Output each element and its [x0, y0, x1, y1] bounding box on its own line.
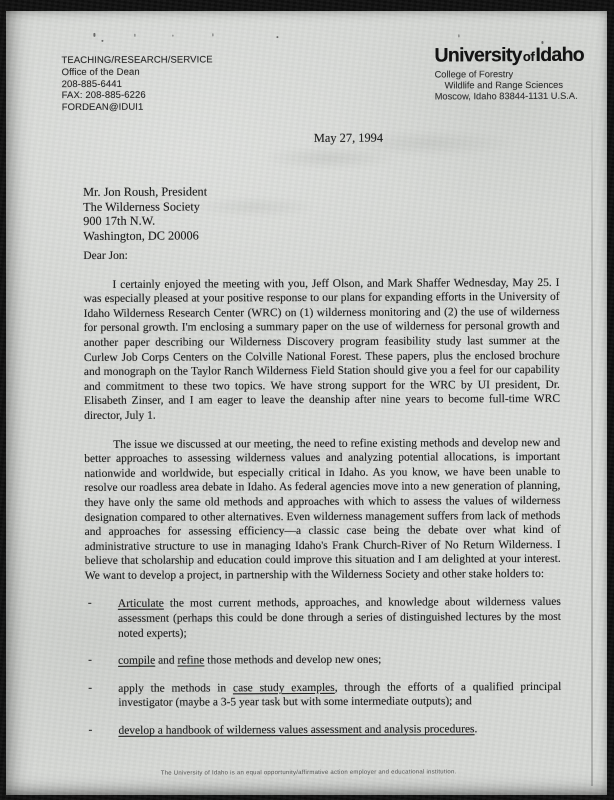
bullet-text: compile and refine those methods and dev… [118, 654, 381, 667]
letterhead-office-line: Office of the Dean [62, 66, 213, 78]
footer-disclaimer: The University of Idaho is an equal oppo… [2, 769, 614, 778]
body-paragraph-1: I certainly enjoyed the meeting with you… [83, 275, 560, 423]
scan-speck [212, 33, 213, 36]
bullet-item-develop-handbook: -develop a handbook of wilderness values… [85, 722, 561, 739]
letterhead-right-sublines: College of Forestry Wildlife and Range S… [435, 69, 585, 103]
date-line: May 27, 1994 [314, 131, 383, 146]
scan-speck [172, 35, 173, 37]
scan-speck [101, 40, 103, 42]
scan-speck [458, 34, 459, 37]
logo-of-word: of [522, 49, 536, 64]
scan-speck [134, 34, 135, 37]
letter-body: Dear Jon: I certainly enjoyed the meetin… [83, 247, 561, 752]
recipient-block: Mr. Jon Roush, President The Wilderness … [83, 184, 207, 243]
letterhead-right-block: UniversityofIdaho College of Forestry Wi… [434, 45, 584, 103]
bullet-dash: - [88, 653, 92, 668]
bullet-dash: - [88, 596, 92, 611]
letterhead-service-line: TEACHING/RESEARCH/SERVICE [61, 54, 212, 66]
letterhead-college-line: College of Forestry [435, 69, 585, 81]
recipient-city: Washington, DC 20006 [83, 228, 207, 243]
bullet-list: -Articulate the most current methods, ap… [85, 595, 562, 738]
bullet-dash: - [88, 681, 92, 696]
body-paragraph-2: The issue we discussed at our meeting, t… [84, 435, 561, 583]
bullet-item-compile-refine: -compile and refine those methods and de… [85, 652, 561, 669]
recipient-name: Mr. Jon Roush, President [83, 184, 207, 199]
recipient-organization: The Wilderness Society [83, 199, 207, 214]
letterhead-department-line: Wildlife and Range Sciences [435, 80, 585, 92]
letterhead-address-line: Moscow, Idaho 83844-1131 U.S.A. [435, 91, 585, 103]
logo-idaho-word: Idaho [535, 44, 584, 66]
salutation: Dear Jon: [83, 247, 559, 264]
bullet-item-articulate: -Articulate the most current methods, ap… [85, 595, 561, 641]
scan-speck [276, 36, 278, 38]
letterhead-email-line: FORDEAN@IDUI1 [62, 102, 213, 114]
letter-content: TEACHING/RESEARCH/SERVICE Office of the … [0, 0, 614, 800]
letterhead-phone-line: 208-885-6441 [62, 78, 213, 90]
bullet-text: Articulate the most current methods, app… [118, 596, 561, 639]
university-of-idaho-logo: UniversityofIdaho [434, 45, 584, 68]
bullet-dash: - [88, 723, 92, 738]
recipient-street: 900 17th N.W. [83, 214, 207, 229]
scanned-letter-screenshot: { "colors": { "frame": "#0d0d0d", "paper… [0, 0, 614, 800]
letterhead-left-block: TEACHING/RESEARCH/SERVICE Office of the … [61, 54, 212, 114]
bullet-item-apply-methods: -apply the methods in case study example… [85, 680, 561, 711]
bullet-text: develop a handbook of wilderness values … [118, 723, 477, 737]
scan-speck [93, 33, 95, 37]
bullet-text: apply the methods in case study examples… [118, 681, 561, 710]
letterhead-fax-line: FAX: 208-885-6226 [62, 90, 213, 102]
logo-university-word: University [434, 44, 521, 66]
